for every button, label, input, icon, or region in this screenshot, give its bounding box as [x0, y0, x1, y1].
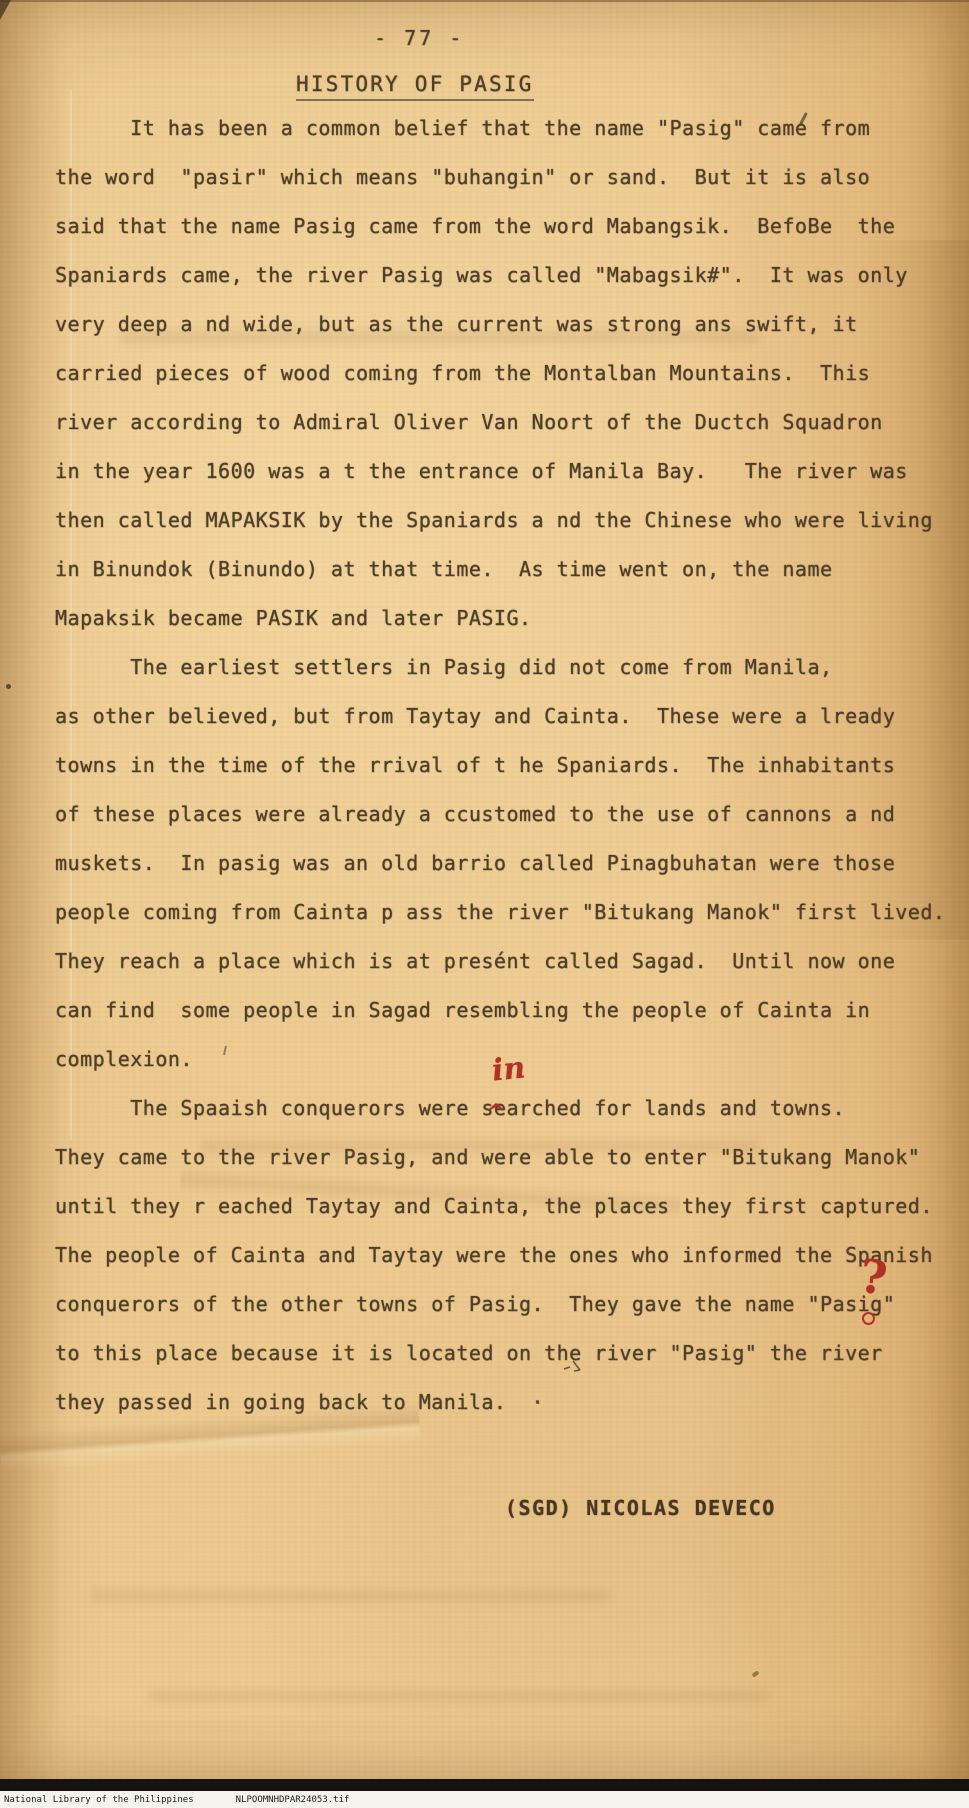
text-line: very deep a nd wide, but as the current … — [55, 300, 955, 349]
text-line: until they r eached Taytay and Cainta, t… — [55, 1182, 955, 1231]
text-line: It has been a common belief that the nam… — [55, 104, 955, 153]
text-line: river according to Admiral Oliver Van No… — [55, 398, 955, 447]
text-line: in the year 1600 was a t the entrance of… — [55, 447, 955, 496]
pencil-arrow-mark — [562, 1358, 586, 1378]
page-title: HISTORY OF PASIG — [296, 72, 534, 101]
text-line: said that the name Pasig came from the w… — [55, 202, 955, 251]
scan-footer-strip: National Library of the Philippines NLPO… — [0, 1791, 969, 1808]
scan-corner-shadow — [0, 0, 11, 20]
text-line: conquerors of the other towns of Pasig. … — [55, 1280, 955, 1329]
library-label: National Library of the Philippines — [4, 1795, 194, 1805]
text-line: people coming from Cainta p ass the rive… — [55, 888, 955, 937]
text-line: carried pieces of wood coming from the M… — [55, 349, 955, 398]
text-line: They reach a place which is at presént c… — [55, 937, 955, 986]
text-line: of these places were already a ccustomed… — [55, 790, 955, 839]
text-line: they passed in going back to Manila. · — [55, 1378, 955, 1427]
text-line: Spaniards came, the river Pasig was call… — [55, 251, 955, 300]
stray-speck-mark — [751, 1670, 759, 1677]
text-line: the word "pasir" which means "buhangin" … — [55, 153, 955, 202]
text-line: can find some people in Sagad resembling… — [55, 986, 955, 1035]
text-line: The earliest settlers in Pasig did not c… — [55, 643, 955, 692]
handwritten-insert-annotation: in — [490, 1050, 527, 1088]
document-body: It has been a common belief that the nam… — [55, 104, 955, 1427]
insert-caret-mark: ^ — [485, 1097, 507, 1127]
text-line: to this place because it is located on t… — [55, 1329, 955, 1378]
scan-filename: NLPOOMNHDPAR24053.tif — [236, 1795, 350, 1805]
text-line: as other believed, but from Taytay and C… — [55, 692, 955, 741]
text-line: then called MAPAKSIK by the Spaniards a … — [55, 496, 955, 545]
text-line: in Binundok (Binundo) at that time. As t… — [55, 545, 955, 594]
page-number: - 77 - — [374, 26, 464, 50]
bleed-through-ghost — [90, 1590, 610, 1602]
text-line: muskets. In pasig was an old barrio call… — [55, 839, 955, 888]
scanner-black-bar — [0, 1779, 969, 1791]
bleed-through-ghost — [150, 1690, 770, 1702]
scanned-document-page: - 77 - HISTORY OF PASIG It has been a co… — [0, 0, 969, 1808]
text-line: towns in the time of the rrival of t he … — [55, 741, 955, 790]
text-line: The people of Cainta and Taytay were the… — [55, 1231, 955, 1280]
signature-line: (SGD) NICOLAS DEVECO — [505, 1496, 776, 1520]
question-mark-dot — [862, 1312, 875, 1325]
scan-edge — [0, 0, 969, 2]
text-line: They came to the river Pasig, and were a… — [55, 1133, 955, 1182]
text-line: Mapaksik became PASIK and later PASIG. — [55, 594, 955, 643]
margin-dot-mark — [6, 684, 11, 689]
